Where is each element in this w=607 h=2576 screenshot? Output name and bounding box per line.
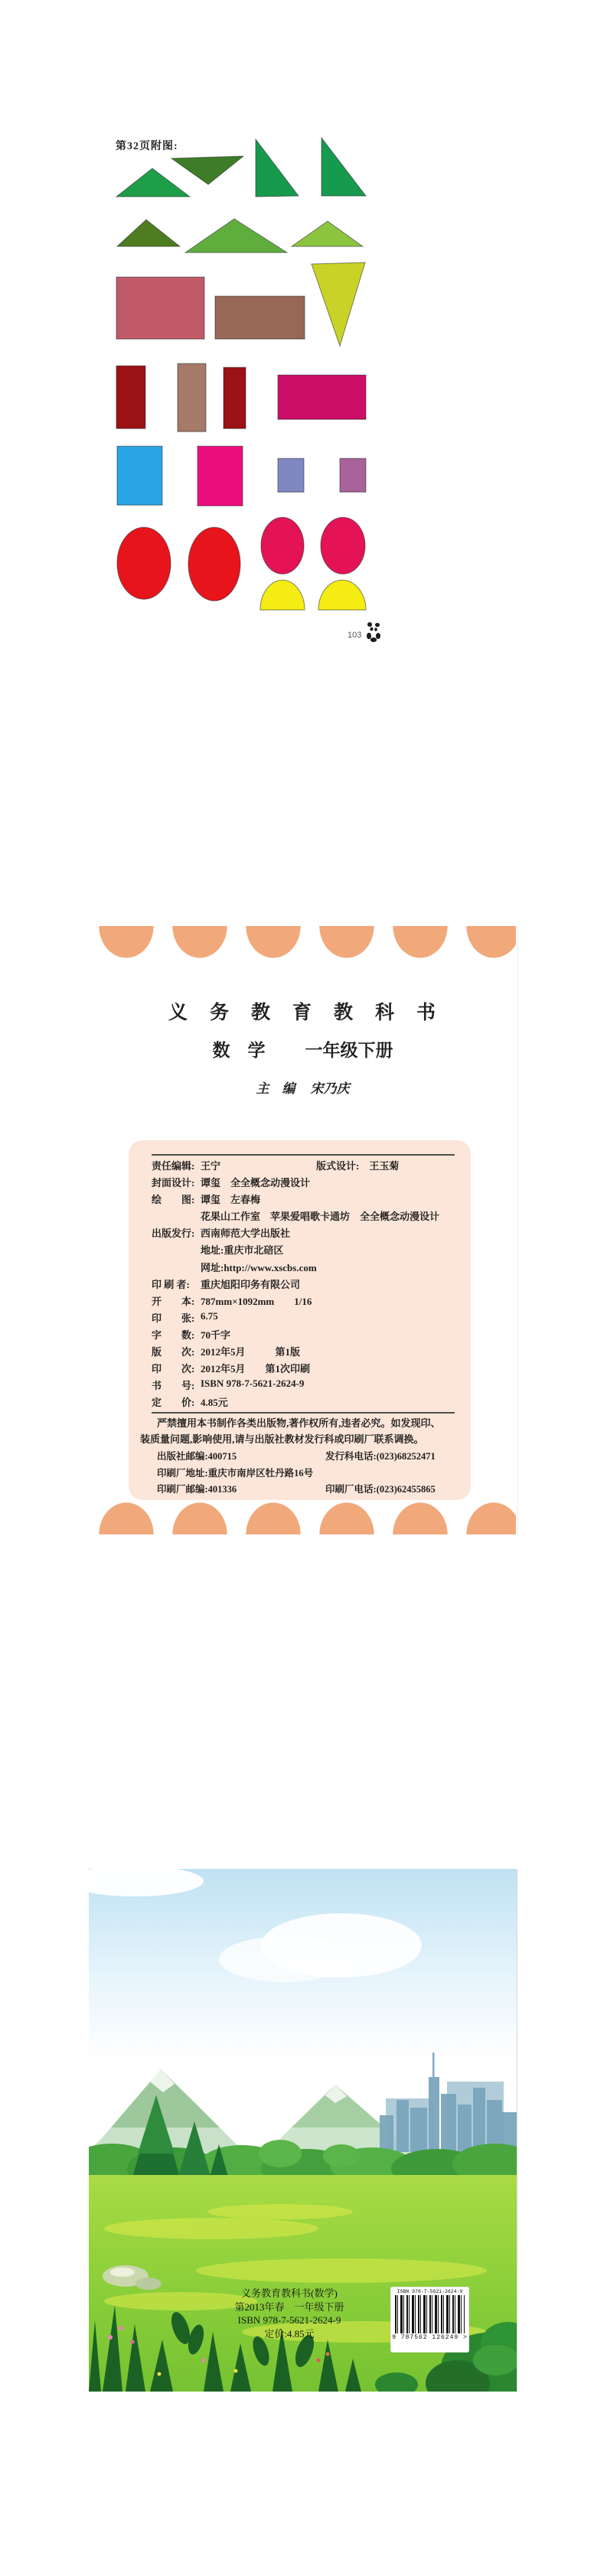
figure-square xyxy=(340,458,366,492)
colophon-second-column: 版式设计: 王玉菊 xyxy=(316,1158,399,1172)
figure-circle xyxy=(321,517,365,574)
barcode: ISBN 978-7-5621-2624-9 9 787562 126249 > xyxy=(390,2287,469,2353)
colophon-value: 花果山工作室 苹果爱唱歌卡通坊 全全概念动漫设计 xyxy=(201,1208,439,1223)
colophon-row: 印 刷 者:重庆旭阳印务有限公司 xyxy=(152,1277,473,1293)
back-cover-info-text: 义务教育教科书(数学)第2013年春 一年级下册ISBN 978-7-5621-… xyxy=(201,2287,377,2340)
cover-info-line: 第2013年春 一年级下册 xyxy=(201,2300,377,2314)
figure-rectangle xyxy=(215,296,305,339)
colophon-value: 2012年5月 第1版 xyxy=(201,1344,300,1358)
colophon-value: 2012年5月 第1次印刷 xyxy=(201,1361,310,1375)
colophon-value: ISBN 978-7-5621-2624-9 xyxy=(201,1378,304,1390)
contact-right: 发行科电话:(023)68252471 xyxy=(325,1449,436,1462)
figure-triangle xyxy=(292,221,363,246)
figure-right-triangle xyxy=(321,138,366,196)
figure-right-triangle xyxy=(256,139,299,197)
contact-left: 印刷厂邮编:401336 xyxy=(157,1484,237,1495)
divider-line-bottom xyxy=(152,1412,455,1414)
editor-name: 宋乃庆 xyxy=(311,1078,350,1097)
contact-left: 印刷厂地址:重庆市南岸区牡丹路16号 xyxy=(157,1468,313,1479)
colophon-row: 封面设计:谭玺 全全概念动漫设计 xyxy=(152,1175,473,1192)
figure-triangle xyxy=(116,168,190,197)
cover-info-line: 义务教育教科书(数学) xyxy=(201,2287,377,2300)
colophon-row: 花果山工作室 苹果爱唱歌卡通坊 全全概念动漫设计 xyxy=(152,1208,473,1225)
colophon-row: 绘 图:谭玺 左春梅 xyxy=(152,1192,473,1208)
figure-circle xyxy=(117,527,171,599)
colophon-label: 封面设计: xyxy=(152,1175,201,1189)
figure-rectangle xyxy=(116,366,145,429)
contact-row: 印刷厂邮编:401336印刷厂电话:(023)62455865 xyxy=(157,1482,463,1498)
figure-circle xyxy=(188,527,240,601)
colophon-label: 印 次: xyxy=(152,1361,201,1375)
colophon-value: 重庆旭阳印务有限公司 xyxy=(201,1277,300,1291)
volume: 一年级下册 xyxy=(305,1036,393,1061)
colophon-row: 字 数:70千字 xyxy=(152,1327,473,1344)
colophon-label: 开 本: xyxy=(152,1293,201,1308)
figure-semicircle xyxy=(318,580,366,610)
colophon-value: 地址:重庆市北碚区 xyxy=(201,1242,283,1257)
contact-left: 出版社邮编:400715 xyxy=(157,1451,237,1462)
contact-row: 印刷厂地址:重庆市南岸区牡丹路16号 xyxy=(157,1466,463,1482)
colophon-row: 定 价:4.85元 xyxy=(152,1394,473,1411)
contact-rows: 出版社邮编:400715发行科电话:(023)68252471印刷厂地址:重庆市… xyxy=(157,1449,463,1498)
colophon-label: 字 数: xyxy=(152,1327,201,1342)
colophon-value: 4.85元 xyxy=(201,1394,228,1409)
figure-rectangle xyxy=(278,375,366,419)
figure-semicircle xyxy=(260,580,305,610)
colophon-row: 书 号:ISBN 978-7-5621-2624-9 xyxy=(152,1378,473,1394)
figure-triangle xyxy=(185,219,287,253)
barcode-isbn-text: ISBN 978-7-5621-2624-9 xyxy=(390,2287,469,2294)
colophon-row: 开 本:787mm×1092mm 1/16 xyxy=(152,1293,473,1310)
editor-label: 主 编 xyxy=(256,1078,295,1097)
colophon-row: 版 次:2012年5月 第1版 xyxy=(152,1344,473,1361)
colophon-label: 印 刷 者: xyxy=(152,1277,201,1291)
divider-line-top xyxy=(152,1154,455,1156)
cover-info-line: 定价:4.85元 xyxy=(201,2327,377,2341)
figure-square xyxy=(278,458,304,492)
colophon-label: 定 价: xyxy=(152,1394,201,1409)
figure-triangle xyxy=(117,220,180,246)
colophon-row: 出版发行:西南师范大学出版社 xyxy=(152,1225,473,1242)
series-title: 义 务 教 育 教 科 书 xyxy=(88,997,517,1025)
panda-logo-icon xyxy=(366,621,381,643)
colophon-value: 谭玺 左春梅 xyxy=(201,1192,260,1206)
copyright-notice-line1: 严禁擅用本书制作各类出版物,著作权所有,违者必究。如发现印、 xyxy=(140,1415,460,1431)
colophon-label: 书 号: xyxy=(152,1378,201,1392)
scallop-border-bottom xyxy=(90,1501,516,1534)
colophon-label: 版 次: xyxy=(152,1344,201,1358)
chief-editor-line: 主 编 宋乃庆 xyxy=(88,1078,517,1097)
copyright-notice-line2: 装质量问题,影响使用,请与出版社教材发行科或印刷厂联系调换。 xyxy=(140,1431,460,1447)
figure-triangle-down xyxy=(312,262,365,346)
colophon-row: 责任编辑:王宁版式设计: 王玉菊 xyxy=(152,1158,473,1175)
colophon-value: 王宁 xyxy=(201,1158,220,1172)
colophon-value: 谭玺 全全概念动漫设计 xyxy=(201,1175,310,1189)
barcode-number: 9 787562 126249 > xyxy=(390,2333,469,2341)
colophon-value: 西南师范大学出版社 xyxy=(201,1225,290,1240)
colophon-label: 责任编辑: xyxy=(152,1158,201,1172)
subject: 数 学 xyxy=(213,1036,266,1061)
colophon-rows: 责任编辑:王宁版式设计: 王玉菊封面设计:谭玺 全全概念动漫设计绘 图:谭玺 左… xyxy=(152,1158,473,1411)
colophon-value: 787mm×1092mm 1/16 xyxy=(201,1293,312,1308)
colophon-value: 网址:http://www.xscbs.com xyxy=(201,1260,317,1274)
figure-rectangle xyxy=(178,364,206,432)
colophon-label: 印 张: xyxy=(152,1310,201,1325)
figure-square xyxy=(117,446,162,505)
scanned-book-pages: 第32页附图: 103 义 务 教 育 教 科 书 数 学 一年级下册 主 编 … xyxy=(0,0,607,2576)
scallop-border-top xyxy=(90,926,516,960)
colophon-row: 印 张:6.75 xyxy=(152,1310,473,1327)
barcode-bars xyxy=(395,2295,465,2333)
figure-square xyxy=(197,446,243,506)
contact-right: 印刷厂电话:(023)62455865 xyxy=(325,1482,436,1495)
figure-rectangle xyxy=(116,277,204,339)
figure-rectangle xyxy=(224,367,246,429)
book-title: 数 学 一年级下册 xyxy=(88,1036,517,1061)
colophon-row: 印 次:2012年5月 第1次印刷 xyxy=(152,1361,473,1378)
page1-page-number: 103 xyxy=(348,631,361,640)
cutout-figures xyxy=(0,0,607,689)
colophon-row: 网址:http://www.xscbs.com xyxy=(152,1260,473,1277)
colophon-label: 出版发行: xyxy=(152,1225,201,1240)
contact-row: 出版社邮编:400715发行科电话:(023)68252471 xyxy=(157,1449,463,1466)
cover-info-line: ISBN 978-7-5621-2624-9 xyxy=(201,2314,377,2327)
colophon-row: 地址:重庆市北碚区 xyxy=(152,1242,473,1259)
colophon-value: 70千字 xyxy=(201,1327,230,1342)
figure-circle xyxy=(261,517,304,574)
figure-triangle-down xyxy=(171,156,243,184)
colophon-label: 绘 图: xyxy=(152,1192,201,1206)
copyright-notice: 严禁擅用本书制作各类出版物,著作权所有,违者必究。如发现印、 装质量问题,影响使… xyxy=(140,1415,460,1447)
colophon-value: 6.75 xyxy=(201,1310,218,1322)
